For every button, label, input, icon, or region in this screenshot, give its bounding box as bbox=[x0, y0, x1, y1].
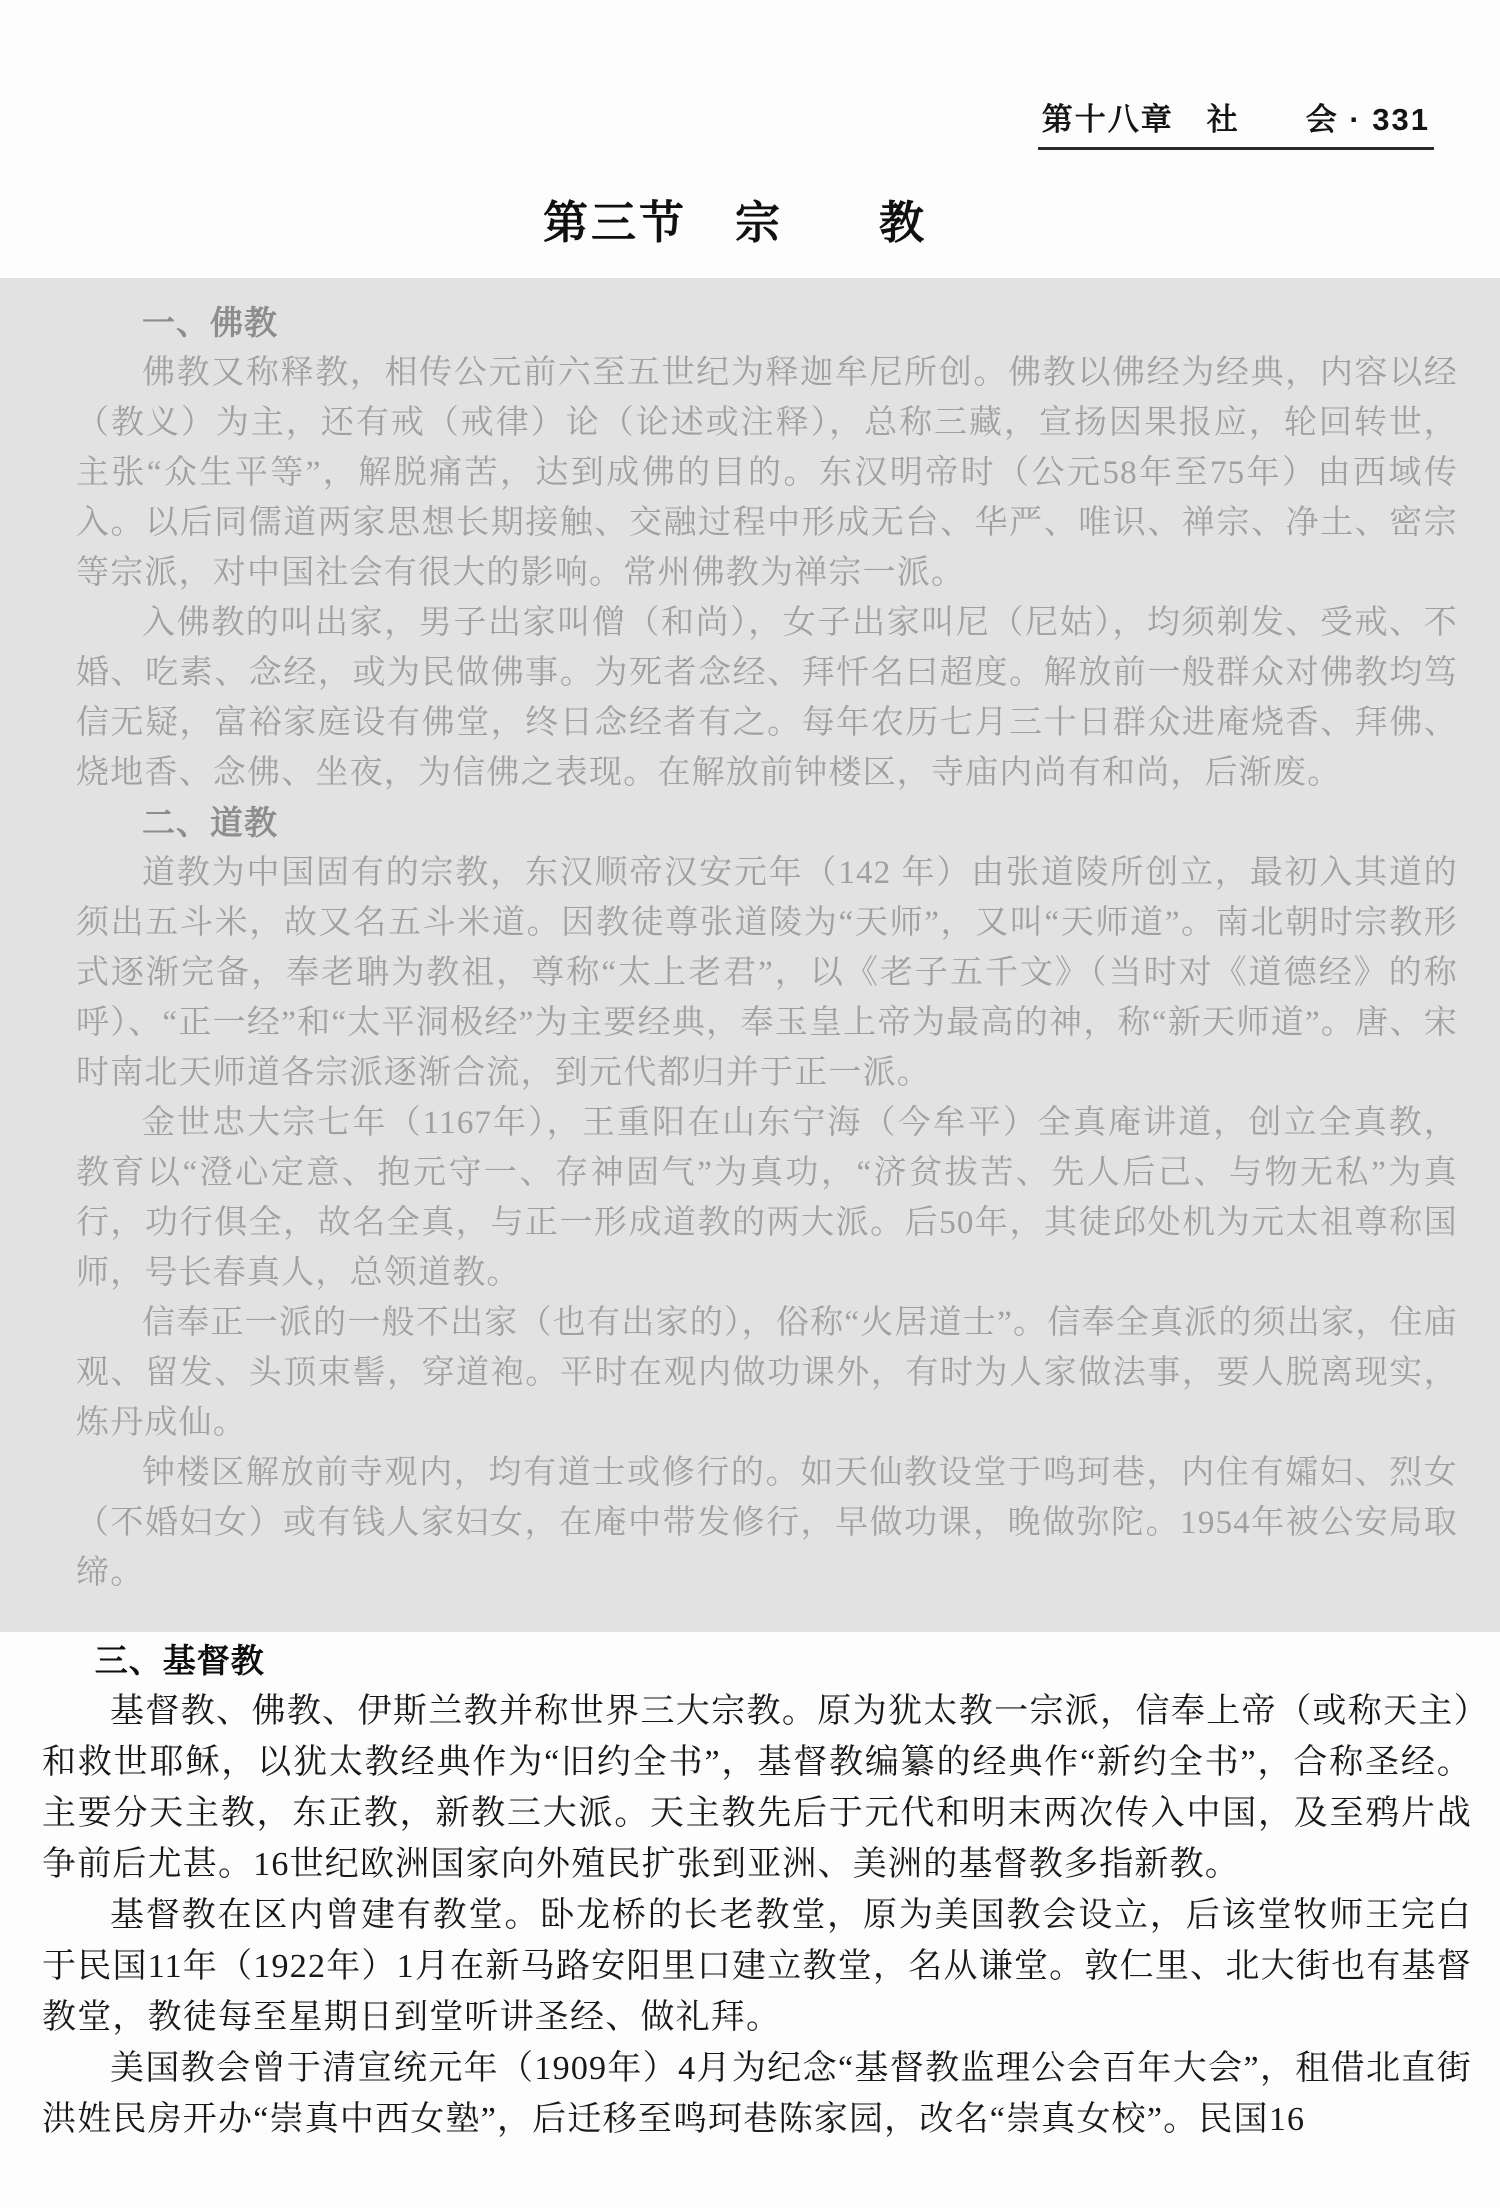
taoism-paragraph-3: 信奉正一派的一般不出家（也有出家的），俗称“火居道士”。信奉全真派的须出家，住庙… bbox=[76, 1298, 1458, 1448]
running-header: 第十八章 社 会 · 331 bbox=[1038, 94, 1434, 150]
gray-highlight-block: 一、佛教 佛教又称释教，相传公元前六至五世纪为释迦牟尼所创。佛教以佛经为经典，内… bbox=[0, 278, 1500, 1632]
book-page: 第十八章 社 会 · 331 第三节 宗 教 一、佛教 佛教又称释教，相传公元前… bbox=[0, 0, 1500, 2208]
page-title: 第三节 宗 教 bbox=[0, 186, 1470, 251]
buddhism-paragraph-2: 入佛教的叫出家，男子出家叫僧（和尚），女子出家叫尼（尼姑），均须剃发、受戒、不婚… bbox=[76, 598, 1458, 798]
heading-christianity: 三、基督教 bbox=[42, 1636, 1472, 1686]
buddhism-paragraph-1: 佛教又称释教，相传公元前六至五世纪为释迦牟尼所创。佛教以佛经为经典，内容以经（教… bbox=[76, 348, 1458, 598]
christianity-paragraph-2: 基督教在区内曾建有教堂。卧龙桥的长老教堂，原为美国教会设立，后该堂牧师王完白于民… bbox=[42, 1890, 1472, 2043]
christianity-section: 三、基督教 基督教、佛教、伊斯兰教并称世界三大宗教。原为犹太教一宗派，信奉上帝（… bbox=[42, 1636, 1472, 2145]
heading-taoism: 二、道教 bbox=[76, 798, 1458, 848]
taoism-paragraph-2: 金世忠大宗七年（1167年），王重阳在山东宁海（今牟平）全真庵讲道，创立全真教，… bbox=[76, 1098, 1458, 1298]
christianity-paragraph-1: 基督教、佛教、伊斯兰教并称世界三大宗教。原为犹太教一宗派，信奉上帝（或称天主）和… bbox=[42, 1686, 1472, 1890]
christianity-paragraph-3: 美国教会曾于清宣统元年（1909年）4月为纪念“基督教监理公会百年大会”，租借北… bbox=[42, 2043, 1472, 2145]
taoism-paragraph-4: 钟楼区解放前寺观内，均有道士或修行的。如天仙教设堂于鸣珂巷，内住有孀妇、烈女（不… bbox=[76, 1448, 1458, 1598]
taoism-paragraph-1: 道教为中国固有的宗教，东汉顺帝汉安元年（142 年）由张道陵所创立，最初入其道的… bbox=[76, 848, 1458, 1098]
heading-buddhism: 一、佛教 bbox=[76, 298, 1458, 348]
